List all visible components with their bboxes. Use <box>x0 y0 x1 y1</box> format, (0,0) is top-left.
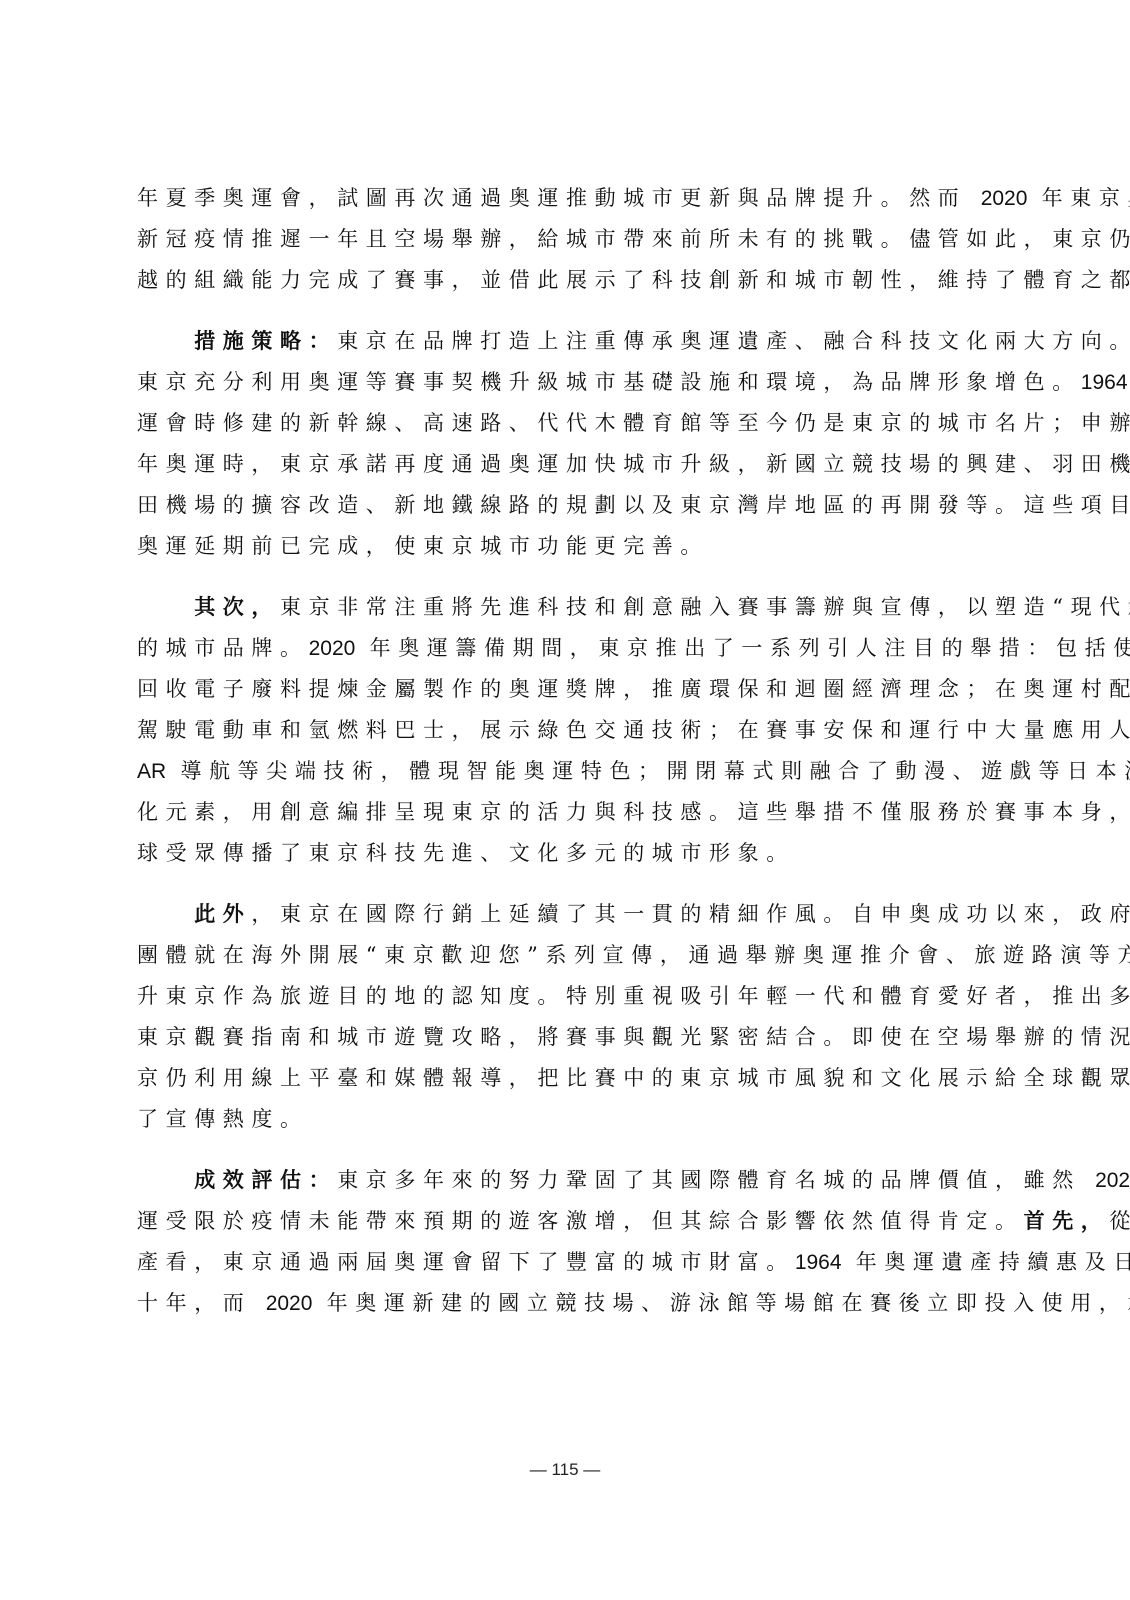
text-segment: 京仍利用線上平臺和媒體報導，把比賽中的東京城市風貌和文化展示給全球觀眾，保持 <box>137 1066 1130 1090</box>
text-line: 駕駛電動車和氫燃料巴士，展示綠色交通技術；在賽事安保和運行中大量應用人臉識別、 <box>137 712 977 753</box>
text-line: 措施策略：東京在品牌打造上注重傳承奥運遺產、融合科技文化兩大方向。首先， <box>137 323 977 364</box>
number-text: 2020 <box>266 1292 313 1315</box>
paragraph: 措施策略：東京在品牌打造上注重傳承奥運遺產、融合科技文化兩大方向。首先，東京充分… <box>137 323 977 569</box>
text-segment: 東京充分利用奥運等賽事契機升級城市基礎設施和環境，為品牌形象增色。 <box>137 370 1081 394</box>
paragraph: 此外，東京在國際行銷上延續了其一貫的精細作風。自申奥成功以來，政府和民間團體就在… <box>137 896 977 1142</box>
paragraph: 成效評估：東京多年來的努力鞏固了其國際體育名城的品牌價值，雖然 2020 年奥運… <box>137 1162 977 1326</box>
text-line: 東京充分利用奥運等賽事契機升級城市基礎設施和環境，為品牌形象增色。1964 年奥 <box>137 364 977 405</box>
bold-lead-phrase: 成效評估： <box>194 1167 337 1192</box>
text-segment: 新冠疫情推遲一年且空場舉辦，給城市帶來前所未有的挑戰。儘管如此，東京仍通過卓 <box>137 227 1130 251</box>
text-line: 產看，東京通過兩屆奥運會留下了豐富的城市財富。1964 年奥運遺產持續惠及日本數 <box>137 1244 977 1285</box>
text-segment: 產看，東京通過兩屆奥運會留下了豐富的城市財富。 <box>137 1250 795 1274</box>
text-segment: 運受限於疫情未能帶來預期的遊客激增，但其綜合影響依然值得肯定。 <box>137 1209 1024 1233</box>
number-text: AR <box>137 760 166 783</box>
text-segment: 駕駛電動車和氫燃料巴士，展示綠色交通技術；在賽事安保和運行中大量應用人臉識別、 <box>137 718 1130 742</box>
bold-lead-phrase: 措施策略： <box>194 328 337 353</box>
text-segment: 東京多年來的努力鞏固了其國際體育名城的品牌價值，雖然 <box>337 1168 1095 1192</box>
number-text: 2020 <box>309 637 356 660</box>
text-segment: 年東京奥運因 <box>1027 186 1130 210</box>
text-segment <box>137 1168 194 1192</box>
number-text: 1964 <box>795 1251 842 1274</box>
text-segment: 升東京作為旅遊目的地的認知度。特別重視吸引年輕一代和體育愛好者，推出多語言的 <box>137 984 1130 1008</box>
text-segment: 團體就在海外開展“東京歡迎您”系列宣傳，通過舉辦奥運推介會、旅遊路演等方式提 <box>137 943 1130 967</box>
text-segment: 年奥運遺產持續惠及日本數 <box>842 1250 1130 1274</box>
text-segment: 十年，而 <box>137 1291 266 1315</box>
text-segment: 年奥運時，東京承諾再度通過奥運加快城市升級，新國立競技場的興建、羽田機場和成 <box>137 452 1130 476</box>
text-line: 越的組織能力完成了賽事，並借此展示了科技創新和城市韌性，維持了體育之都的榮譽。 <box>137 262 977 303</box>
text-segment: 年奥運籌備期間，東京推出了一系列引人注目的舉措：包括使用由 <box>355 636 1130 660</box>
text-segment <box>137 902 194 926</box>
text-line: 運受限於疫情未能帶來預期的遊客激增，但其綜合影響依然值得肯定。首先，從硬體遺 <box>137 1203 977 1244</box>
text-segment: 年夏季奥運會，試圖再次通過奥運推動城市更新與品牌提升。然而 <box>137 186 981 210</box>
paragraph: 其次，東京非常注重將先進科技和創意融入賽事籌辦與宣傳，以塑造“現代創新”的城市品… <box>137 589 977 876</box>
text-segment: 球受眾傳播了東京科技先進、文化多元的城市形象。 <box>137 841 795 865</box>
text-segment: 年奥運新建的國立競技場、游泳館等場館在賽後立即投入使用，承辦國 <box>312 1291 1130 1315</box>
text-segment: 越的組織能力完成了賽事，並借此展示了科技創新和城市韌性，維持了體育之都的榮譽。 <box>137 268 1130 292</box>
number-text: 2020 <box>1095 1169 1130 1192</box>
bold-lead-phrase: 其次， <box>194 594 280 619</box>
text-line: 成效評估：東京多年來的努力鞏固了其國際體育名城的品牌價值，雖然 2020 年奥 <box>137 1162 977 1203</box>
text-segment <box>137 329 194 353</box>
document-page: 年夏季奥運會，試圖再次通過奥運推動城市更新與品牌提升。然而 2020 年東京奥運… <box>0 0 1130 1600</box>
text-line: 的城市品牌。2020 年奥運籌備期間，東京推出了一系列引人注目的舉措：包括使用由 <box>137 630 977 671</box>
text-line: 球受眾傳播了東京科技先進、文化多元的城市形象。 <box>137 835 977 876</box>
text-segment: 東京在品牌打造上注重傳承奥運遺產、融合科技文化兩大方向。 <box>337 329 1130 353</box>
text-segment: 回收電子廢料提煉金屬製作的奥運獎牌，推廣環保和迴圈經濟理念；在奥運村配備無人 <box>137 677 1130 701</box>
text-segment: 化元素，用創意編排呈現東京的活力與科技感。這些舉措不僅服務於賽事本身，也向全 <box>137 800 1130 824</box>
text-line: 升東京作為旅遊目的地的認知度。特別重視吸引年輕一代和體育愛好者，推出多語言的 <box>137 978 977 1019</box>
text-segment: ，東京在國際行銷上延續了其一貫的精細作風。自申奥成功以來，政府和民間 <box>251 902 1130 926</box>
text-segment: 的城市品牌。 <box>137 636 309 660</box>
text-segment: 奥運延期前已完成，使東京城市功能更完善。 <box>137 534 709 558</box>
number-text: 2020 <box>981 187 1028 210</box>
text-segment: 田機場的擴容改造、新地鐵線路的規劃以及東京灣岸地區的再開發等。這些項目很多在 <box>137 493 1130 517</box>
text-segment: 東京觀賽指南和城市遊覽攻略，將賽事與觀光緊密結合。即使在空場舉辦的情況下，東 <box>137 1025 1130 1049</box>
text-line: 新冠疫情推遲一年且空場舉辦，給城市帶來前所未有的挑戰。儘管如此，東京仍通過卓 <box>137 221 977 262</box>
text-line: 運會時修建的新幹線、高速路、代代木體育館等至今仍是東京的城市名片；申辦 2020 <box>137 405 977 446</box>
text-segment: 從硬體遺 <box>1109 1209 1130 1233</box>
text-line: 年奥運時，東京承諾再度通過奥運加快城市升級，新國立競技場的興建、羽田機場和成 <box>137 446 977 487</box>
text-segment: 運會時修建的新幹線、高速路、代代木體育館等至今仍是東京的城市名片；申辦 <box>137 411 1130 435</box>
text-line: 團體就在海外開展“東京歡迎您”系列宣傳，通過舉辦奥運推介會、旅遊路演等方式提 <box>137 937 977 978</box>
text-line: 東京觀賽指南和城市遊覽攻略，將賽事與觀光緊密結合。即使在空場舉辦的情況下，東 <box>137 1019 977 1060</box>
text-line: AR 導航等尖端技術，體現智能奥運特色；開閉幕式則融合了動漫、遊戲等日本流行文 <box>137 753 977 794</box>
text-line: 年夏季奥運會，試圖再次通過奥運推動城市更新與品牌提升。然而 2020 年東京奥運… <box>137 180 977 221</box>
page-number: — 115 — <box>0 1460 1130 1480</box>
bold-lead-phrase: 首先， <box>1024 1208 1110 1233</box>
text-line: 回收電子廢料提煉金屬製作的奥運獎牌，推廣環保和迴圈經濟理念；在奥運村配備無人 <box>137 671 977 712</box>
text-line: 化元素，用創意編排呈現東京的活力與科技感。這些舉措不僅服務於賽事本身，也向全 <box>137 794 977 835</box>
body-text: 年夏季奥運會，試圖再次通過奥運推動城市更新與品牌提升。然而 2020 年東京奥運… <box>137 180 977 1346</box>
text-line: 十年，而 2020 年奥運新建的國立競技場、游泳館等場館在賽後立即投入使用，承辦… <box>137 1285 977 1326</box>
text-segment <box>137 595 194 619</box>
bold-lead-phrase: 此外 <box>194 901 251 926</box>
text-line: 其次，東京非常注重將先進科技和創意融入賽事籌辦與宣傳，以塑造“現代創新” <box>137 589 977 630</box>
text-segment: 導航等尖端技術，體現智能奥運特色；開閉幕式則融合了動漫、遊戲等日本流行文 <box>166 759 1130 783</box>
text-line: 了宣傳熱度。 <box>137 1101 977 1142</box>
text-segment: 了宣傳熱度。 <box>137 1107 309 1131</box>
number-text: 1964 <box>1081 371 1128 394</box>
text-line: 田機場的擴容改造、新地鐵線路的規劃以及東京灣岸地區的再開發等。這些項目很多在 <box>137 487 977 528</box>
text-line: 奥運延期前已完成，使東京城市功能更完善。 <box>137 528 977 569</box>
paragraph: 年夏季奥運會，試圖再次通過奥運推動城市更新與品牌提升。然而 2020 年東京奥運… <box>137 180 977 303</box>
text-segment: 東京非常注重將先進科技和創意融入賽事籌辦與宣傳，以塑造“現代創新” <box>280 595 1130 619</box>
text-line: 此外，東京在國際行銷上延續了其一貫的精細作風。自申奥成功以來，政府和民間 <box>137 896 977 937</box>
text-line: 京仍利用線上平臺和媒體報導，把比賽中的東京城市風貌和文化展示給全球觀眾，保持 <box>137 1060 977 1101</box>
